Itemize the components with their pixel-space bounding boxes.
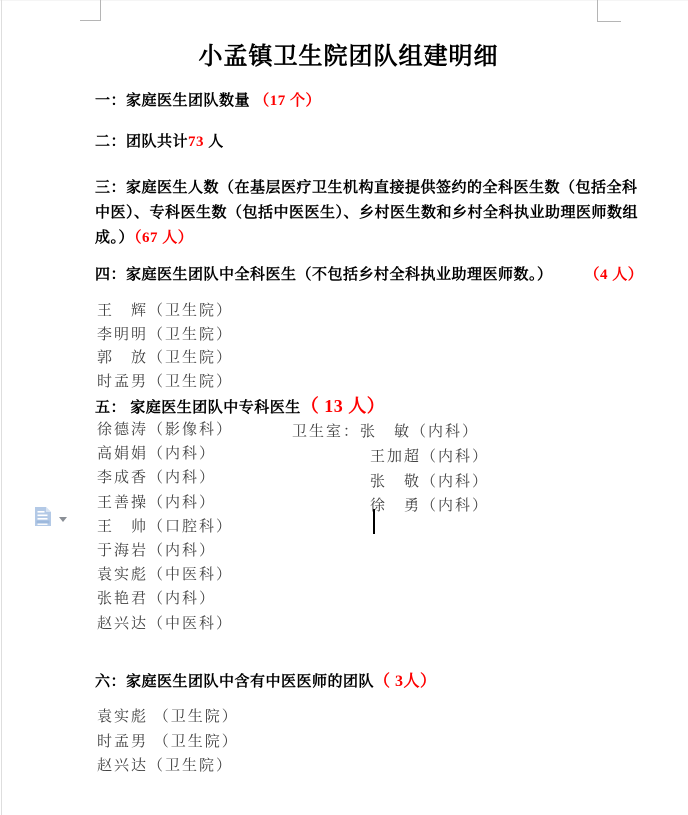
section-4-name-list: 王 辉（卫生院） 李明明（卫生院） 郭 放（卫生院） 时孟男（卫生院） [97, 300, 233, 394]
window-left-edge [1, 0, 2, 815]
section-3-line3: 成。）（67 人） [95, 226, 603, 251]
section-3-line2: 中医）、专科医生数（包括中医医生）、乡村医生数和乡村全科执业助理医师数组 [95, 201, 603, 226]
section-5-count: （ 13 人） [301, 396, 386, 416]
list-item: 时孟男（卫生院） [97, 371, 233, 395]
list-item: 王加超（内科） [292, 445, 489, 470]
list-item: 袁实彪（中医科） [97, 563, 233, 587]
paste-options-button[interactable] [32, 504, 68, 532]
list-item: 赵兴达（卫生院） [97, 754, 239, 779]
margin-crop-mark-top-right [597, 0, 598, 21]
list-item: 赵兴达（中医科） [97, 612, 233, 636]
section-6-name-list: 袁实彪 （卫生院） 时孟男 （卫生院） 赵兴达（卫生院） [97, 705, 239, 779]
text-cursor [373, 509, 375, 534]
paste-options-icon [34, 506, 54, 533]
section-3-line1: 三：家庭医生人数（在基层医疗卫生机构直接提供签约的全科医生数（包括全科 [95, 176, 603, 201]
section-5-left-column: 徐德涛（影像科） 高娟娟（内科） 李成香（内科） 王善操（内科） 王 帅（口腔科… [97, 418, 233, 636]
list-item: 王 辉（卫生院） [97, 300, 233, 324]
list-item: 李成香（内科） [97, 466, 233, 490]
section-5-right-column: 卫生室：张 敏（内科） 王加超（内科） 张 敬（内科） 徐 勇（内科） [292, 420, 489, 519]
section-2-prefix: 二：团队共计 [95, 134, 188, 150]
section-1-count: （17 个） [254, 93, 321, 109]
list-item: 卫生室：张 敏（内科） [292, 420, 489, 445]
section-4-label: 四：家庭医生团队中全科医生（不包括乡村全科执业助理医师数。） [95, 267, 553, 283]
section-6-heading: 六：家庭医生团队中含有中医医师的团队（ 3人） [95, 668, 437, 691]
section-4-count: （4 人） [585, 267, 644, 283]
section-3-line3-text: 成。） [95, 230, 134, 246]
chevron-down-icon [59, 517, 67, 522]
section-3-heading: 三：家庭医生人数（在基层医疗卫生机构直接提供签约的全科医生数（包括全科 中医）、… [95, 176, 603, 251]
list-item: 徐 勇（内科） [292, 494, 489, 519]
section-2-heading: 二：团队共计73 人 [95, 130, 224, 151]
margin-crop-mark-top-left [80, 20, 101, 21]
list-item: 张 敬（内科） [292, 470, 489, 495]
document-page[interactable]: 小孟镇卫生院团队组建明细 一：家庭医生团队数量 （17 个） 二：团队共计73 … [0, 0, 688, 815]
list-item: 王善操（内科） [97, 491, 233, 515]
section-4-heading: 四：家庭医生团队中全科医生（不包括乡村全科执业助理医师数。）（4 人） [95, 263, 643, 284]
list-item: 袁实彪 （卫生院） [97, 705, 239, 730]
section-6-count: （ 3人） [374, 673, 437, 690]
list-item: 郭 放（卫生院） [97, 347, 233, 371]
list-item: 王 帅（口腔科） [97, 515, 233, 539]
margin-crop-mark-top-left [100, 0, 101, 20]
section-5-label: 五： 家庭医生团队中专科医生 [95, 400, 301, 416]
section-3-count: （67 人） [134, 230, 193, 246]
window-top-edge [0, 0, 688, 1]
section-2-count: 73 [188, 134, 204, 150]
section-6-label: 六：家庭医生团队中含有中医医师的团队 [95, 674, 374, 690]
document-title: 小孟镇卫生院团队组建明细 [100, 36, 597, 71]
section-5-heading: 五： 家庭医生团队中专科医生（ 13 人） [95, 392, 385, 418]
list-item: 李明明（卫生院） [97, 324, 233, 348]
list-item: 徐德涛（影像科） [97, 418, 233, 442]
list-item: 时孟男 （卫生院） [97, 730, 239, 755]
list-item: 高娟娟（内科） [97, 442, 233, 466]
list-item: 于海岩（内科） [97, 539, 233, 563]
section-2-suffix: 人 [204, 134, 224, 150]
margin-crop-mark-top-right [597, 21, 621, 22]
list-item: 张艳君（内科） [97, 587, 233, 611]
section-1-label: 一：家庭医生团队数量 [95, 93, 254, 109]
section-1-heading: 一：家庭医生团队数量 （17 个） [95, 89, 321, 110]
